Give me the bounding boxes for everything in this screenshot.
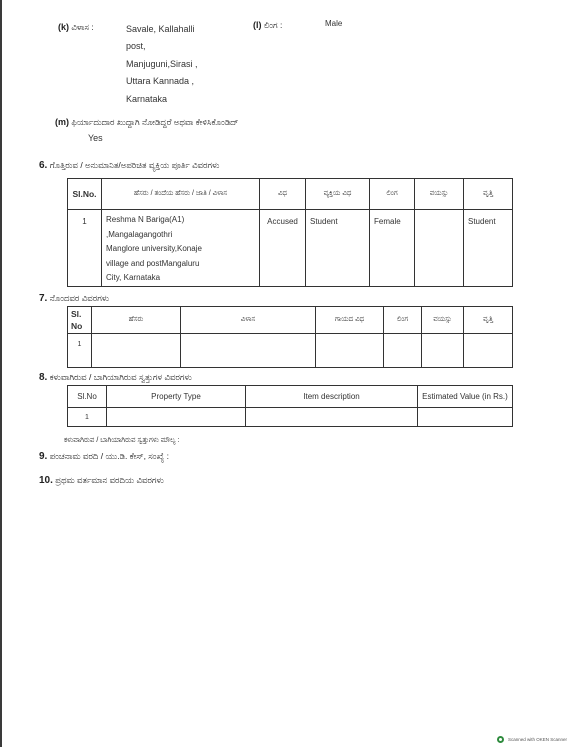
section-10-number: 10. [39,475,53,486]
field-k-label: (k) ವಿಳಾಸ : [58,22,94,33]
cell-sl: 1 [68,210,102,287]
cell-person-type: Student [306,210,370,287]
name-line: Reshma N Bariga(A1) [106,213,255,228]
name-line: village and postMangaluru [106,257,255,272]
field-k-key: (k) [58,22,69,32]
col-type: ವಿಧ [260,179,306,210]
section-7-table: Sl. No ಹೆಸರು ವಿಳಾಸ ಗಾಯದ ವಿಧ ಲಿಂಗ ವಯಸ್ಸು … [67,306,513,368]
cell-age [415,210,464,287]
section-6-heading: 6. ಗೊತ್ತಿರುವ / ಅನುಮಾನಿತ/ಅಪರಿಚಿತ ವ್ಯಕ್ತಿಯ… [39,160,219,171]
section-8-number: 8. [39,372,47,383]
table-row: 1 Reshma N Bariga(A1) ,Mangalagangothri … [68,210,513,287]
cell-injury [316,334,384,368]
field-k-value: Savale, Kallahalli post, Manjuguni,Siras… [126,21,198,108]
field-k-text: ವಿಳಾಸ : [71,22,93,32]
col-sl-no: Sl.No [68,386,107,408]
field-l-key: (l) [253,20,262,30]
table-row: 1 [68,334,513,368]
section-10-title: ಪ್ರಥಮ ವರ್ತಮಾನ ವರದಿಯ ವಿವರಗಳು [55,475,164,485]
address-line: Karnataka [126,91,198,108]
address-line: post, [126,38,198,55]
field-l-label: (l) ಲಿಂಗ : [253,20,282,31]
field-l-value: Male [325,19,342,28]
cell-type: Accused [260,210,306,287]
col-address: ವಿಳಾಸ [181,307,316,334]
cell-occupation [464,334,513,368]
oken-logo-icon [497,736,504,743]
field-m-key: (m) [55,117,69,127]
col-age: ವಯಸ್ಸು [422,307,464,334]
cell-name-address: Reshma N Bariga(A1) ,Mangalagangothri Ma… [102,210,260,287]
col-name: ಹೆಸರು [92,307,181,334]
section-8-title: ಕಳುವಾಗಿರುವ / ಬಾಗಿಯಾಗಿರುವ ಸ್ವತ್ತುಗಳ ವಿವರಗ… [50,372,192,382]
name-line: Manglore university,Konaje [106,242,255,257]
col-sl-no: Sl. No [68,307,92,334]
section-9-title: ಪಂಚನಾಮ ವರದಿ / ಯು.ಡಿ. ಕೇಸ್, ಸಂಖ್ಯೆ : [50,451,169,461]
address-line: Savale, Kallahalli [126,21,198,38]
table-row: 1 [68,408,513,427]
cell-address [181,334,316,368]
cell-gender [384,334,422,368]
col-gender: ಲಿಂಗ [370,179,415,210]
section-8-table: Sl.No Property Type Item description Est… [67,385,513,427]
cell-property-type [107,408,246,427]
cell-occupation: Student [464,210,513,287]
section-9-number: 9. [39,451,47,462]
table-header-row: Sl.No. ಹೆಸರು / ತಂದೆಯ ಹೆಸರು / ಜಾತಿ / ವಿಳಾ… [68,179,513,210]
col-occupation: ವೃತ್ತಿ [464,179,513,210]
field-l-text: ಲಿಂಗ : [264,20,283,30]
cell-gender: Female [370,210,415,287]
cell-sl: 1 [68,334,92,368]
section-9-heading: 9. ಪಂಚನಾಮ ವರದಿ / ಯು.ಡಿ. ಕೇಸ್, ಸಂಖ್ಯೆ : [39,451,169,462]
section-6-number: 6. [39,160,47,171]
col-gender: ಲಿಂಗ [384,307,422,334]
col-estimated-value: Estimated Value (in Rs.) [418,386,513,408]
cell-name [92,334,181,368]
cell-value [418,408,513,427]
col-injury-type: ಗಾಯದ ವಿಧ [316,307,384,334]
section-7-number: 7. [39,293,47,304]
section-10-heading: 10. ಪ್ರಥಮ ವರ್ತಮಾನ ವರದಿಯ ವಿವರಗಳು [39,475,164,486]
section-8-heading: 8. ಕಳುವಾಗಿರುವ / ಬಾಗಿಯಾಗಿರುವ ಸ್ವತ್ತುಗಳ ವಿ… [39,372,192,383]
section-7-title: ನೊಂದವರ ವಿವರಗಳು [50,293,109,303]
col-person-type: ವ್ಯಕ್ತಿಯ ವಿಧ [306,179,370,210]
section-6-table: Sl.No. ಹೆಸರು / ತಂದೆಯ ಹೆಸರು / ಜಾತಿ / ವಿಳಾ… [67,178,513,287]
name-line: City, Karnataka [106,271,255,286]
table-header-row: Sl.No Property Type Item description Est… [68,386,513,408]
scanner-watermark: Scanned with OKEN Scanner [497,736,567,743]
address-line: Uttara Kannada , [126,73,198,90]
name-line: ,Mangalagangothri [106,228,255,243]
col-item-description: Item description [246,386,418,408]
col-age: ವಯಸ್ಸು [415,179,464,210]
field-m-text: ಫಿರ್ಯಾದುದಾರ ಖುದ್ದಾಗಿ ನೋಡಿದ್ದರೆ ಅಥವಾ ಕೇಳಿ… [71,117,238,127]
address-line: Manjuguni,Sirasi , [126,56,198,73]
section-6-title: ಗೊತ್ತಿರುವ / ಅನುಮಾನಿತ/ಅಪರಿಚಿತ ವ್ಯಕ್ತಿಯ ಪೂ… [50,160,220,170]
col-property-type: Property Type [107,386,246,408]
section-8-value-note: ಕಳುವಾಗಿರುವ / ಬಾಗಿಯಾಗಿರುವ ಸ್ವತ್ತುಗಳು ಮೌಲ್… [64,437,179,445]
field-m-label: (m) ಫಿರ್ಯಾದುದಾರ ಖುದ್ದಾಗಿ ನೋಡಿದ್ದರೆ ಅಥವಾ … [55,117,238,128]
col-name: ಹೆಸರು / ತಂದೆಯ ಹೆಸರು / ಜಾತಿ / ವಿಳಾಸ [102,179,260,210]
table-header-row: Sl. No ಹೆಸರು ವಿಳಾಸ ಗಾಯದ ವಿಧ ಲಿಂಗ ವಯಸ್ಸು … [68,307,513,334]
watermark-text: Scanned with OKEN Scanner [508,737,567,742]
col-occupation: ವೃತ್ತಿ [464,307,513,334]
cell-sl: 1 [68,408,107,427]
cell-age [422,334,464,368]
field-m-value: Yes [88,133,103,143]
section-7-heading: 7. ನೊಂದವರ ವಿವರಗಳು [39,293,109,304]
col-sl-no: Sl.No. [68,179,102,210]
page-left-edge [0,0,2,747]
cell-description [246,408,418,427]
